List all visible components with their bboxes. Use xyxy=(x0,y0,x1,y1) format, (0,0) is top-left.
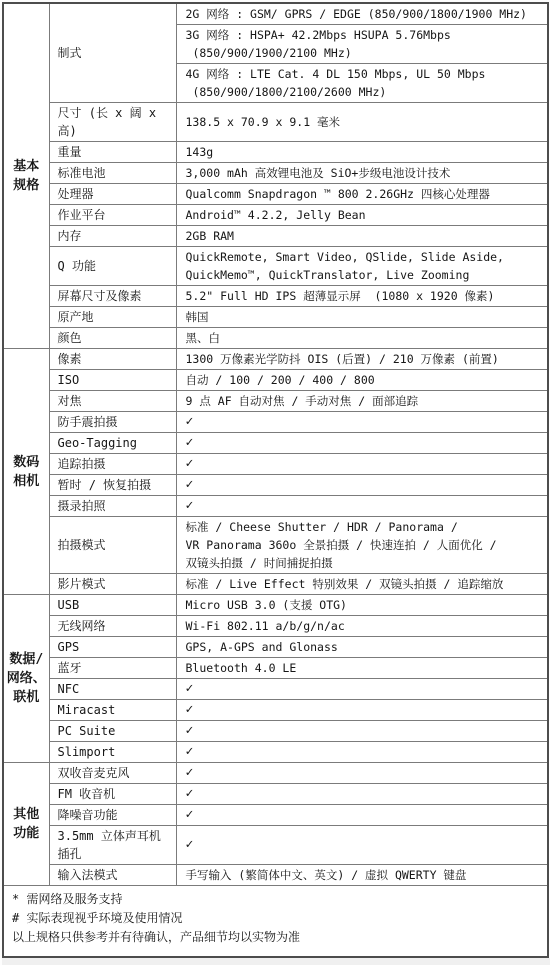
spec-label: 内存 xyxy=(49,226,176,247)
spec-value: Android™ 4.2.2, Jelly Bean xyxy=(176,205,548,226)
section-category-camera: 数码 相机 xyxy=(3,349,49,595)
spec-label: 尺寸 (长 x 阔 x 高) xyxy=(49,103,176,142)
spec-label: 作业平台 xyxy=(49,205,176,226)
footnotes: * 需网络及服务支持 # 实际表现视乎环境及使用情况 以上规格只供参考并有待确认… xyxy=(3,886,548,958)
spec-label: 颜色 xyxy=(49,328,176,349)
spec-label: GPS xyxy=(49,637,176,658)
spec-label: 对焦 xyxy=(49,391,176,412)
spec-label: NFC xyxy=(49,679,176,700)
section-category-other: 其他 功能 xyxy=(3,763,49,886)
checkmark-value: ✓ xyxy=(176,679,548,700)
checkmark-value: ✓ xyxy=(176,412,548,433)
spec-label: Geo-Tagging xyxy=(49,433,176,454)
spec-label: 追踪拍摄 xyxy=(49,454,176,475)
spec-label: 拍摄模式 xyxy=(49,517,176,574)
checkmark-value: ✓ xyxy=(176,475,548,496)
table-row: ISO 自动 / 100 / 200 / 400 / 800 xyxy=(3,370,548,391)
spec-value: Qualcomm Snapdragon ™ 800 2.26GHz 四核心处理器 xyxy=(176,184,548,205)
spec-value: 自动 / 100 / 200 / 400 / 800 xyxy=(176,370,548,391)
spec-value: 韩国 xyxy=(176,307,548,328)
spec-label: Q 功能 xyxy=(49,247,176,286)
spec-value: 9 点 AF 自动对焦 / 手动对焦 / 面部追踪 xyxy=(176,391,548,412)
checkmark-value: ✓ xyxy=(176,742,548,763)
spec-label: 无线网络 xyxy=(49,616,176,637)
table-row: 原产地 韩国 xyxy=(3,307,548,328)
checkmark-value: ✓ xyxy=(176,700,548,721)
section-category-connectivity: 数据/ 网络、 联机 xyxy=(3,595,49,763)
spec-value: 2GB RAM xyxy=(176,226,548,247)
spec-label: PC Suite xyxy=(49,721,176,742)
spec-value: QuickRemote, Smart Video, QSlide, Slide … xyxy=(176,247,548,286)
spec-label: USB xyxy=(49,595,176,616)
spec-label: 处理器 xyxy=(49,184,176,205)
spec-label: 防手震拍摄 xyxy=(49,412,176,433)
spec-label: 输入法模式 xyxy=(49,865,176,886)
spec-label: 摄录拍照 xyxy=(49,496,176,517)
spec-label: Slimport xyxy=(49,742,176,763)
spec-table: 基本 规格 制式 2G 网络 : GSM/ GPRS / EDGE (850/9… xyxy=(2,2,549,958)
spec-value: Micro USB 3.0 (支援 OTG) xyxy=(176,595,548,616)
spec-value: 4G 网络 : LTE Cat. 4 DL 150 Mbps, UL 50 Mb… xyxy=(176,64,548,103)
spec-label: FM 收音机 xyxy=(49,784,176,805)
table-row: 尺寸 (长 x 阔 x 高) 138.5 x 70.9 x 9.1 毫米 xyxy=(3,103,548,142)
spec-value: Bluetooth 4.0 LE xyxy=(176,658,548,679)
table-row: 基本 规格 制式 2G 网络 : GSM/ GPRS / EDGE (850/9… xyxy=(3,3,548,25)
spec-value: 标准 / Cheese Shutter / HDR / Panorama / V… xyxy=(176,517,548,574)
table-row: FM 收音机 ✓ xyxy=(3,784,548,805)
page-bottom-strip xyxy=(2,958,550,965)
table-row: 标准电池 3,000 mAh 高效锂电池及 SiO+步级电池设计技术 xyxy=(3,163,548,184)
checkmark-value: ✓ xyxy=(176,826,548,865)
spec-value: 3,000 mAh 高效锂电池及 SiO+步级电池设计技术 xyxy=(176,163,548,184)
table-row: Geo-Tagging ✓ xyxy=(3,433,548,454)
table-row: GPS GPS, A-GPS and Glonass xyxy=(3,637,548,658)
spec-label: 重量 xyxy=(49,142,176,163)
spec-label: 屏幕尺寸及像素 xyxy=(49,286,176,307)
footnote-line: # 实际表现视乎环境及使用情况 xyxy=(12,909,539,928)
table-row: 颜色 黑、白 xyxy=(3,328,548,349)
table-row: PC Suite ✓ xyxy=(3,721,548,742)
footnote-line: 以上规格只供参考并有待确认，产品细节均以实物为准 xyxy=(12,928,539,947)
table-row: 屏幕尺寸及像素 5.2" Full HD IPS 超薄显示屏 (1080 x 1… xyxy=(3,286,548,307)
spec-value: 2G 网络 : GSM/ GPRS / EDGE (850/900/1800/1… xyxy=(176,3,548,25)
table-row: Miracast ✓ xyxy=(3,700,548,721)
table-row: 暂时 / 恢复拍摄 ✓ xyxy=(3,475,548,496)
checkmark-value: ✓ xyxy=(176,805,548,826)
table-row: 防手震拍摄 ✓ xyxy=(3,412,548,433)
spec-label: ISO xyxy=(49,370,176,391)
spec-sheet: 基本 规格 制式 2G 网络 : GSM/ GPRS / EDGE (850/9… xyxy=(0,0,550,965)
spec-value: 138.5 x 70.9 x 9.1 毫米 xyxy=(176,103,548,142)
spec-value: 1300 万像素光学防抖 OIS (后置) / 210 万像素 (前置) xyxy=(176,349,548,370)
footnote-line: * 需网络及服务支持 xyxy=(12,890,539,909)
table-row: * 需网络及服务支持 # 实际表现视乎环境及使用情况 以上规格只供参考并有待确认… xyxy=(3,886,548,958)
table-row: 数据/ 网络、 联机 USB Micro USB 3.0 (支援 OTG) xyxy=(3,595,548,616)
spec-label: 暂时 / 恢复拍摄 xyxy=(49,475,176,496)
spec-value: 3G 网络 : HSPA+ 42.2Mbps HSUPA 5.76Mbps (8… xyxy=(176,25,548,64)
spec-label: 像素 xyxy=(49,349,176,370)
spec-label: 降噪音功能 xyxy=(49,805,176,826)
checkmark-value: ✓ xyxy=(176,721,548,742)
table-row: 重量 143g xyxy=(3,142,548,163)
checkmark-value: ✓ xyxy=(176,433,548,454)
table-row: 拍摄模式 标准 / Cheese Shutter / HDR / Panoram… xyxy=(3,517,548,574)
section-category-basic-specs: 基本 规格 xyxy=(3,3,49,349)
table-row: 内存 2GB RAM xyxy=(3,226,548,247)
checkmark-value: ✓ xyxy=(176,496,548,517)
table-row: 作业平台 Android™ 4.2.2, Jelly Bean xyxy=(3,205,548,226)
table-row: 影片模式 标准 / Live Effect 特别效果 / 双镜头拍摄 / 追踪缩… xyxy=(3,574,548,595)
table-row: 其他 功能 双收音麦克风 ✓ xyxy=(3,763,548,784)
spec-value: 143g xyxy=(176,142,548,163)
table-row: 蓝牙 Bluetooth 4.0 LE xyxy=(3,658,548,679)
table-row: 无线网络 Wi-Fi 802.11 a/b/g/n/ac xyxy=(3,616,548,637)
spec-value: 5.2" Full HD IPS 超薄显示屏 (1080 x 1920 像素) xyxy=(176,286,548,307)
spec-label: 3.5mm 立体声耳机插孔 xyxy=(49,826,176,865)
spec-label: 双收音麦克风 xyxy=(49,763,176,784)
spec-value: 标准 / Live Effect 特别效果 / 双镜头拍摄 / 追踪缩放 xyxy=(176,574,548,595)
table-row: 对焦 9 点 AF 自动对焦 / 手动对焦 / 面部追踪 xyxy=(3,391,548,412)
table-row: 3.5mm 立体声耳机插孔 ✓ xyxy=(3,826,548,865)
spec-label: 蓝牙 xyxy=(49,658,176,679)
table-row: NFC ✓ xyxy=(3,679,548,700)
table-row: Q 功能 QuickRemote, Smart Video, QSlide, S… xyxy=(3,247,548,286)
table-row: Slimport ✓ xyxy=(3,742,548,763)
spec-label: Miracast xyxy=(49,700,176,721)
checkmark-value: ✓ xyxy=(176,454,548,475)
checkmark-value: ✓ xyxy=(176,763,548,784)
table-row: 数码 相机 像素 1300 万像素光学防抖 OIS (后置) / 210 万像素… xyxy=(3,349,548,370)
spec-value: GPS, A-GPS and Glonass xyxy=(176,637,548,658)
spec-value: 黑、白 xyxy=(176,328,548,349)
table-row: 追踪拍摄 ✓ xyxy=(3,454,548,475)
spec-value: 手写输入 (繁简体中文、英文) / 虚拟 QWERTY 键盘 xyxy=(176,865,548,886)
table-row: 摄录拍照 ✓ xyxy=(3,496,548,517)
spec-label: 原产地 xyxy=(49,307,176,328)
spec-value: Wi-Fi 802.11 a/b/g/n/ac xyxy=(176,616,548,637)
table-row: 降噪音功能 ✓ xyxy=(3,805,548,826)
spec-label: 标准电池 xyxy=(49,163,176,184)
table-row: 处理器 Qualcomm Snapdragon ™ 800 2.26GHz 四核… xyxy=(3,184,548,205)
checkmark-value: ✓ xyxy=(176,784,548,805)
spec-label: 影片模式 xyxy=(49,574,176,595)
spec-label: 制式 xyxy=(49,3,176,103)
table-row: 输入法模式 手写输入 (繁简体中文、英文) / 虚拟 QWERTY 键盘 xyxy=(3,865,548,886)
